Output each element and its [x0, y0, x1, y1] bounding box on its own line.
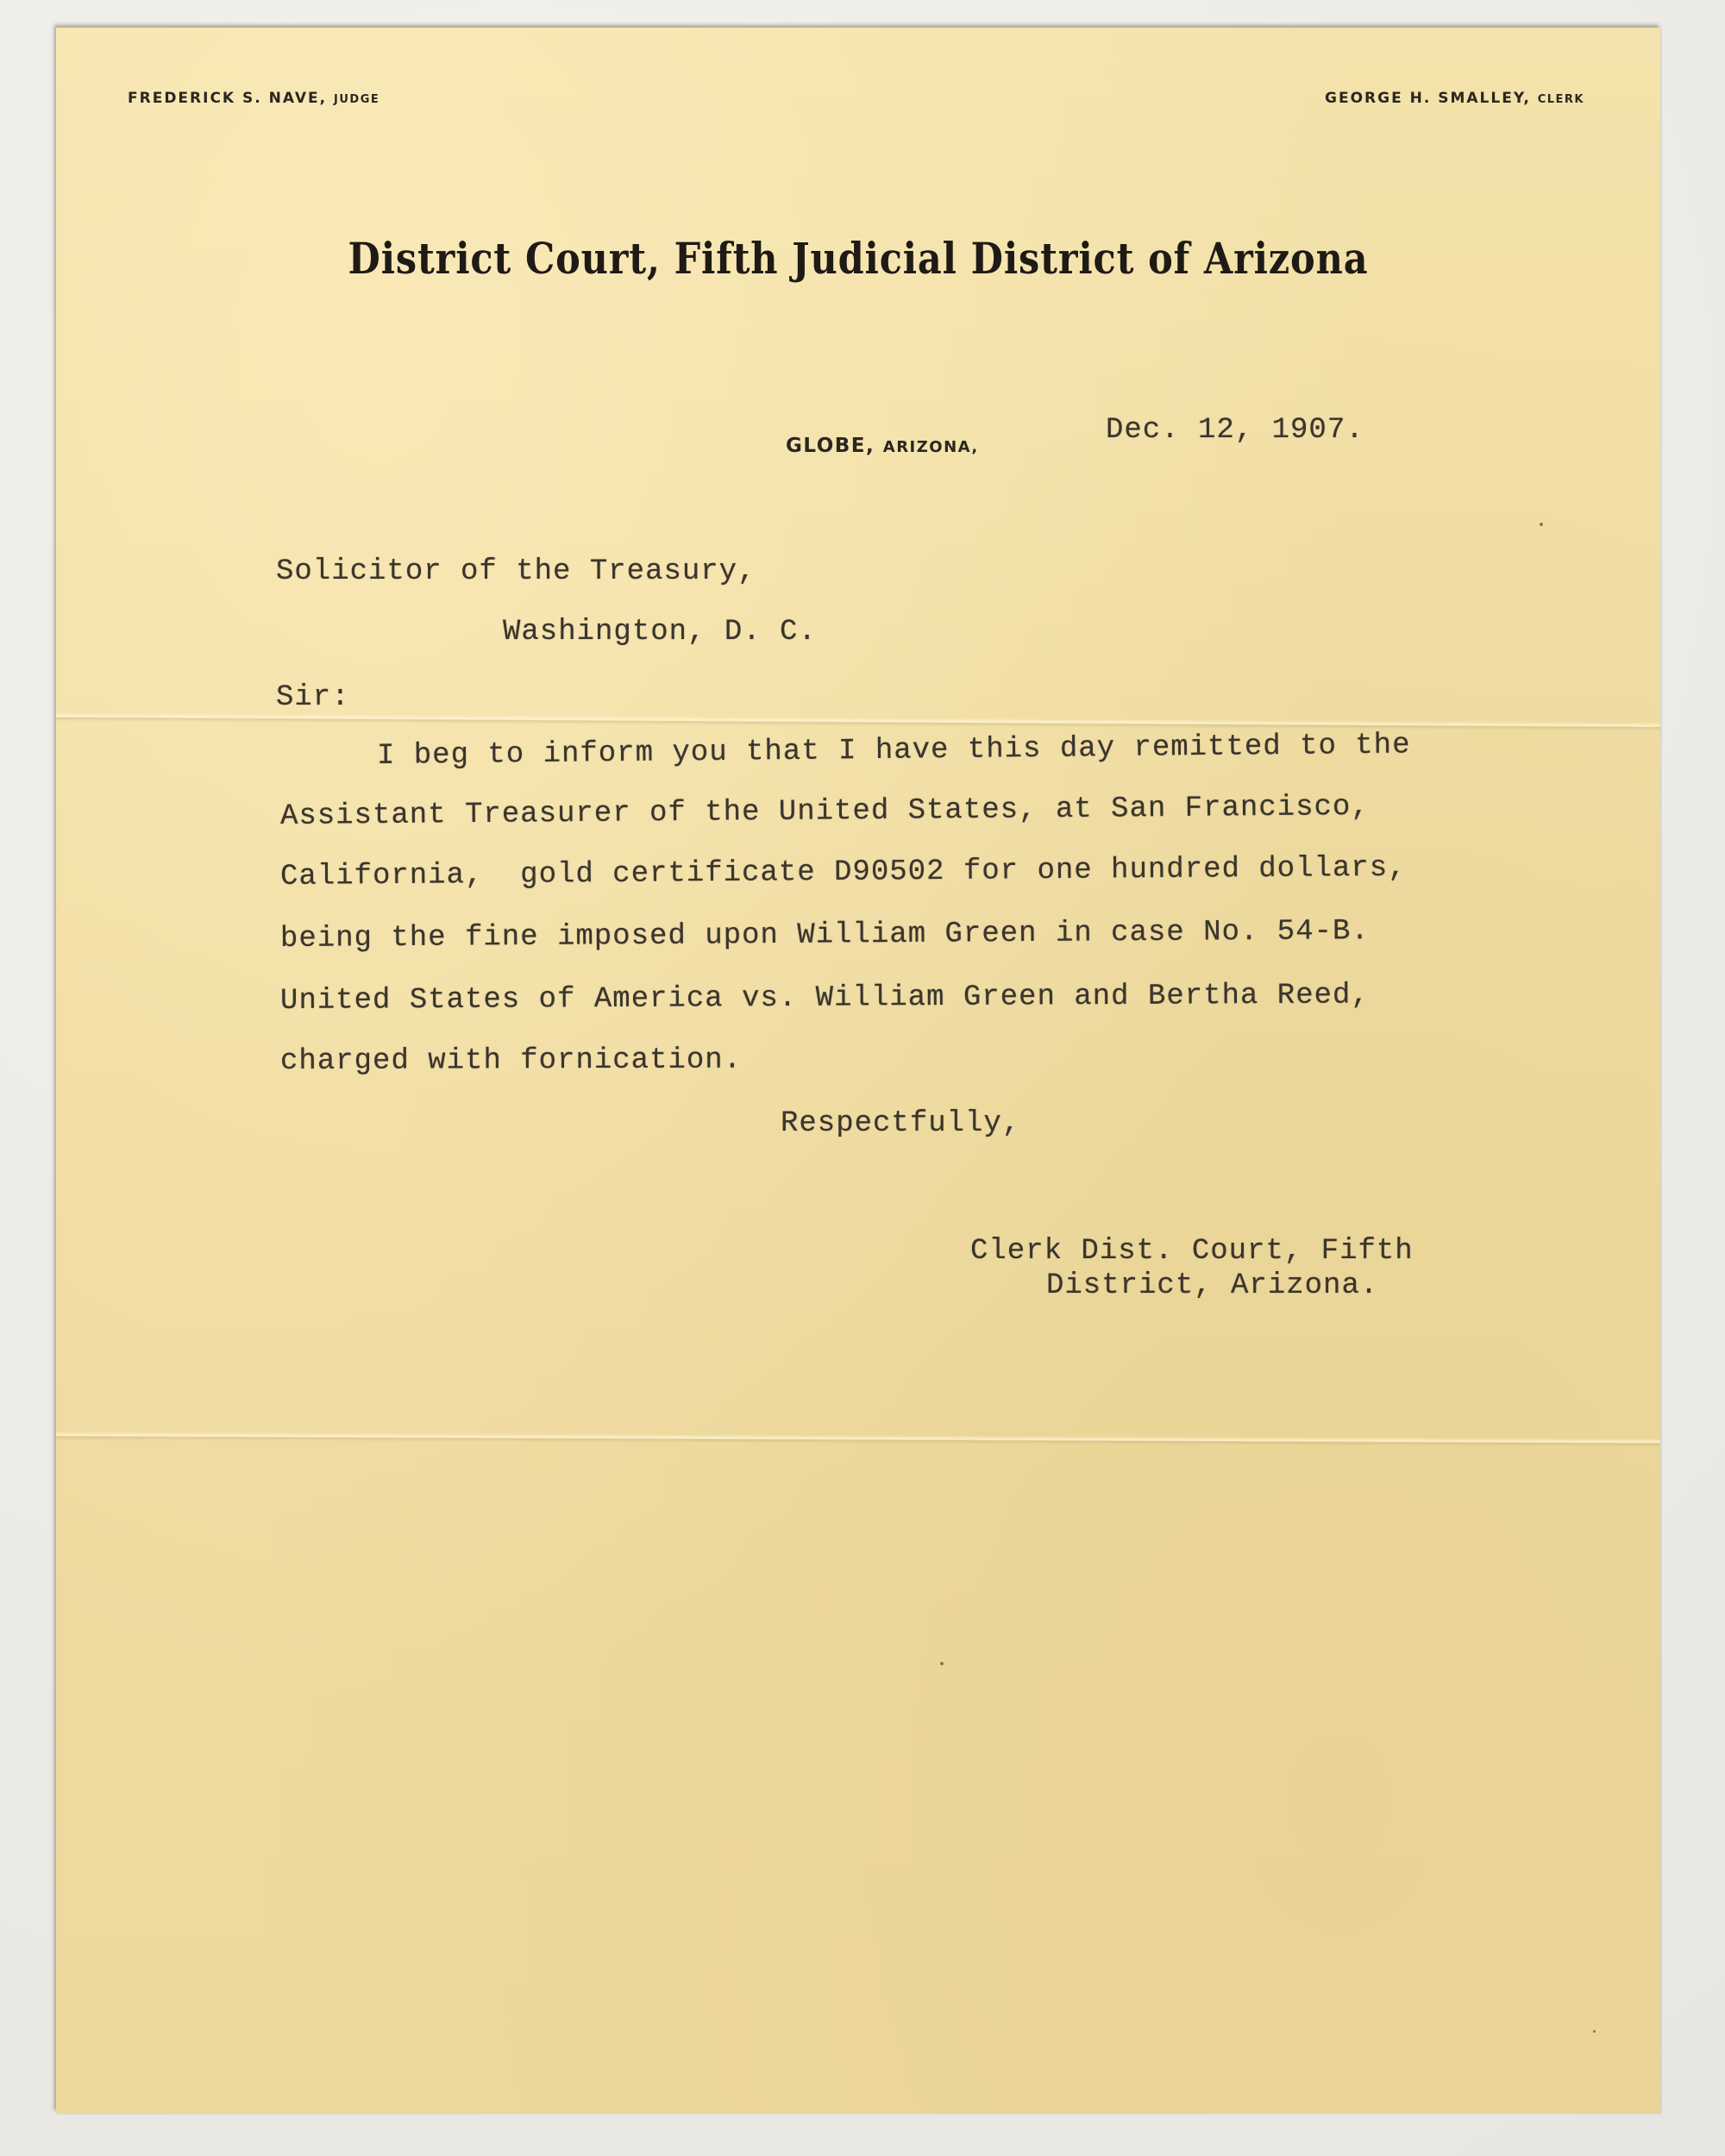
place-state: ARIZONA,: [883, 438, 979, 456]
court-masthead: District Court, Fifth Judicial District …: [168, 233, 1548, 284]
body-line: being the fine imposed upon William Gree…: [280, 915, 1370, 956]
closing: Respectfully,: [781, 1107, 1020, 1140]
body-line: I beg to inform you that I have this day…: [377, 729, 1411, 773]
body-line: Assistant Treasurer of the United States…: [280, 791, 1370, 833]
paper-speck: [1593, 2030, 1596, 2033]
body-line: United States of America vs. William Gre…: [280, 979, 1370, 1018]
fold-crease: [56, 1432, 1660, 1447]
signature-line-2: District, Arizona.: [1046, 1269, 1378, 1302]
body-line: charged with fornication.: [280, 1044, 742, 1078]
paper-speck: [1540, 523, 1543, 526]
letterhead-clerk: GEORGE H. SMALLEY, CLERK: [1325, 90, 1584, 107]
letter-date: Dec. 12, 1907.: [1106, 414, 1364, 447]
letter-page: FREDERICK S. NAVE, JUDGE GEORGE H. SMALL…: [56, 28, 1660, 2113]
place-city: GLOBE,: [786, 435, 875, 457]
recipient-line-1: Solicitor of the Treasury,: [276, 555, 756, 588]
recipient-line-2: Washington, D. C.: [503, 616, 817, 649]
judge-name: FREDERICK S. NAVE,: [128, 90, 327, 107]
salutation: Sir:: [276, 681, 350, 714]
letterhead-judge: FREDERICK S. NAVE, JUDGE: [128, 90, 379, 107]
paper-speck: [940, 1662, 944, 1665]
fold-crease: [56, 712, 1660, 730]
clerk-name: GEORGE H. SMALLEY,: [1325, 90, 1531, 107]
letterhead-place: GLOBE, ARIZONA,: [786, 435, 979, 457]
signature-line-1: Clerk Dist. Court, Fifth: [970, 1235, 1414, 1268]
body-line: California, gold certificate D90502 for …: [280, 852, 1407, 893]
clerk-title: CLERK: [1538, 93, 1584, 106]
judge-title: JUDGE: [334, 93, 379, 106]
